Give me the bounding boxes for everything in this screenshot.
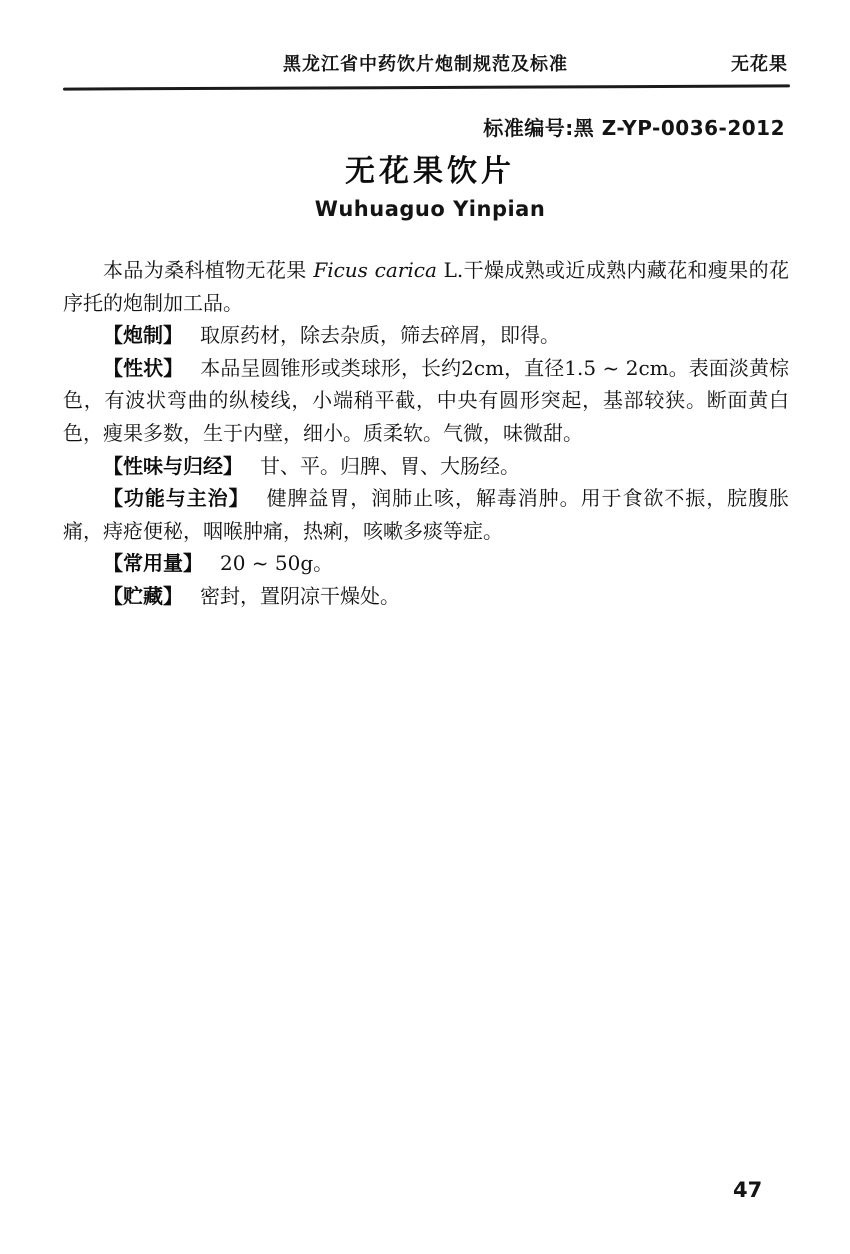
intro-paragraph: 本品为桑科植物无花果 Ficus carica L.干燥成熟或近成熟内藏花和瘦果… [63, 254, 789, 319]
latin-species-name: Ficus carica [313, 258, 437, 282]
entry-text: 密封，置阴凉干燥处。 [200, 584, 400, 608]
entry-label: 【性味与归经】 [103, 454, 243, 478]
entry-changyongliang: 【常用量】20 ~ 50g。 [63, 547, 789, 580]
entry-label: 【常用量】 [103, 551, 203, 575]
entry-label: 【性状】 [103, 356, 183, 380]
latin-author-abbrev: L. [437, 258, 463, 282]
standard-number: 标准编号:黑 Z-YP-0036-2012 [63, 112, 785, 141]
entry-zhucang: 【贮藏】密封，置阴凉干燥处。 [63, 580, 789, 613]
entry-label: 【功能与主治】 [103, 486, 250, 510]
document-page: 黑龙江省中药饮片炮制规范及标准 无花果 标准编号:黑 Z-YP-0036-201… [0, 0, 850, 1254]
page-number: 47 [733, 1178, 762, 1202]
entry-label: 【贮藏】 [103, 584, 183, 608]
chapter-title: 无花果 [731, 50, 788, 76]
header-rule [63, 84, 790, 90]
drug-pinyin: Wuhuaguo Yinpian [0, 197, 850, 221]
entry-xingwei-guijing: 【性味与归经】甘、平。归脾、胃、大肠经。 [63, 450, 789, 483]
entry-xingzhuang: 【性状】本品呈圆锥形或类球形，长约2cm，直径1.5 ~ 2cm。表面淡黄棕色，… [63, 352, 789, 450]
entry-label: 【炮制】 [103, 323, 183, 347]
intro-zh-before: 本品为桑科植物无花果 [103, 258, 313, 282]
entry-gongneng-zhuzhi: 【功能与主治】健脾益胃，润肺止咳，解毒消肿。用于食欲不振，脘腹胀痛，痔疮便秘，咽… [63, 482, 789, 547]
drug-title: 无花果饮片 [0, 146, 850, 190]
running-header: 黑龙江省中药饮片炮制规范及标准 无花果 [63, 50, 788, 76]
book-title: 黑龙江省中药饮片炮制规范及标准 [63, 50, 788, 76]
monograph-body: 本品为桑科植物无花果 Ficus carica L.干燥成熟或近成熟内藏花和瘦果… [63, 254, 789, 613]
entry-paozhi: 【炮制】取原药材，除去杂质，筛去碎屑，即得。 [63, 319, 789, 352]
entry-text: 甘、平。归脾、胃、大肠经。 [260, 454, 520, 478]
entry-text: 20 ~ 50g。 [220, 551, 333, 575]
entry-text: 取原药材，除去杂质，筛去碎屑，即得。 [200, 323, 560, 347]
